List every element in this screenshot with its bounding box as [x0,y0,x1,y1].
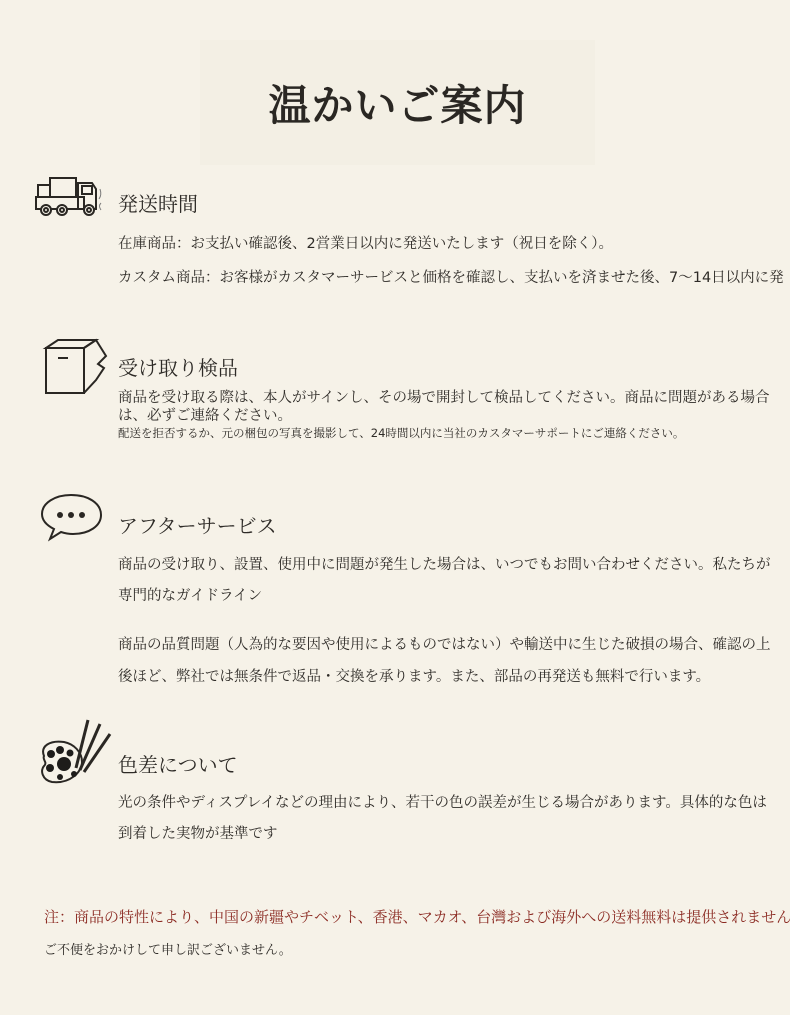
title-banner: 温かいご案内 [200,40,595,165]
section-text-small: 配送を拒否するか、元の梱包の写真を撮影して、24時間以内に当社のカスタマーサポー… [118,425,684,441]
section-text: 商品の受け取り、設置、使用中に問題が発生した場合は、いつでもお問い合わせください… [118,553,771,574]
section-text: 到着した実物が基準です [118,822,278,843]
section-heading: 受け取り検品 [118,352,238,381]
speech-bubble-icon [40,492,106,548]
section-heading: アフターサービス [118,510,277,539]
section-text: 在庫商品：お支払い確認後、2営業日以内に発送いたします（祝日を除く）。 [118,232,613,253]
apology-note: ご不便をおかけして申し訳ございません。 [44,939,292,958]
palette-icon [38,716,116,792]
section-heading: 発送時間 [118,188,198,217]
section-text: 専門的なガイドライン [118,584,262,605]
section-text: 商品の品質問題（人為的な要因や使用によるものではない）や輸送中に生じた破損の場合… [118,633,771,654]
shipping-exclusion-note: 注：商品の特性により、中国の新疆やチベット、香港、マカオ、台灣および海外への送料… [44,906,790,927]
box-icon [40,338,110,402]
section-text: は、必ずご連絡ください。 [118,404,292,425]
section-text: カスタム商品：お客様がカスタマーサービスと価格を確認し、支払いを済ませた後、7〜… [118,266,784,287]
page-title: 温かいご案内 [268,73,526,133]
section-heading: 色差について [118,749,238,778]
section-text: 後ほど、弊社では無条件で返品・交換を承ります。また、部品の再発送も無料で行います… [118,665,710,686]
section-text: 光の条件やディスプレイなどの理由により、若干の色の誤差が生じる場合があります。具… [118,791,767,812]
truck-icon [34,175,116,223]
